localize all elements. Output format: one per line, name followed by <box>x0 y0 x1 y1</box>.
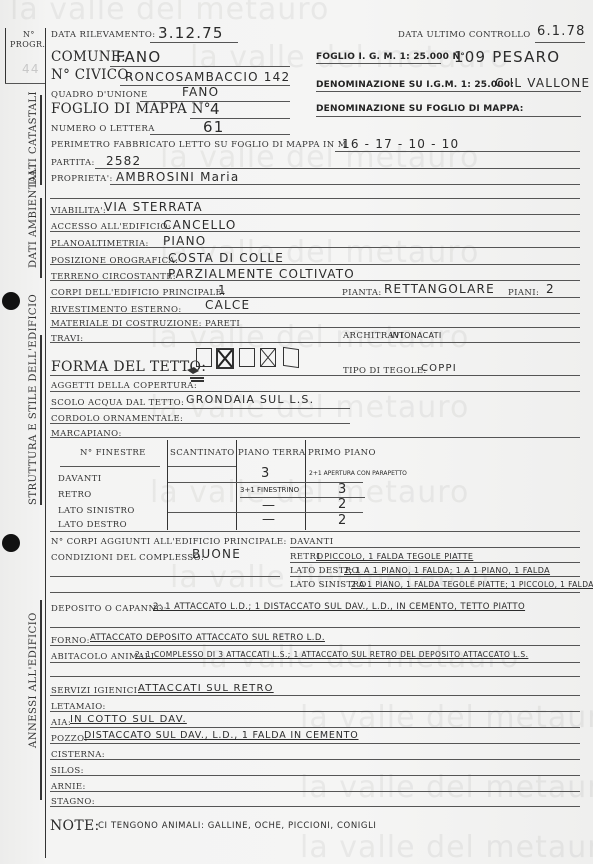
rule <box>50 627 580 628</box>
igm-foglio-value: 109 PESARO <box>454 48 560 66</box>
rule <box>290 547 580 548</box>
aggetti-label: AGGETTI DELLA COPERTURA: <box>51 381 197 391</box>
rule <box>50 437 580 438</box>
roof-shape-icon-pavilion[interactable] <box>239 348 255 367</box>
foglio-value: 4 <box>210 100 221 118</box>
perimetro-label: PERIMETRO FABBRICATO LETTO SU FOGLIO DI … <box>51 140 347 150</box>
igm-denom-value: C.IL VALLONE <box>495 76 590 90</box>
rule <box>50 297 580 298</box>
rule <box>110 66 290 67</box>
progr-box-left <box>5 28 6 84</box>
roof-shape-icon-single-pitch[interactable] <box>283 347 299 368</box>
posizione-value: COSTA DI COLLE <box>168 251 284 265</box>
rivestimento-value: CALCE <box>205 298 250 312</box>
rule <box>50 247 580 248</box>
table-row-label: DAVANTI <box>58 474 102 484</box>
numero-label: NUMERO o LETTERA <box>51 124 155 134</box>
rule <box>50 727 580 728</box>
rule <box>50 775 580 776</box>
section-label-dati-ambientali: DATI AMBIENTALI <box>28 163 39 268</box>
punch-hole <box>2 534 20 552</box>
main-left-rule <box>45 28 46 858</box>
section-label-annessi: ANNESSI ALL'EDIFICIO <box>28 612 39 748</box>
rule <box>50 327 580 328</box>
rule <box>50 662 580 663</box>
section-label-struttura: STRUTTURA E STILE DELL'EDIFICIO <box>28 294 39 505</box>
scolo-label: SCOLO ACQUA DAL TETTO: <box>51 398 184 408</box>
rule <box>50 264 580 265</box>
forma-tetto-label: FORMA DEL TETTO: <box>51 359 206 375</box>
partita-value: 2582 <box>106 154 141 168</box>
abitacolo-value: 2: 1 COMPLESSO DI 3 ATTACCATI L.S.; 1 AT… <box>135 650 528 659</box>
progr-value: 44 <box>22 62 40 76</box>
aia-value: IN COTTO SUL DAV. <box>70 714 187 725</box>
table-cell: — <box>262 512 276 527</box>
table-rule <box>60 466 160 467</box>
table-row-label: LATO DESTRO <box>58 520 127 530</box>
civico-label: N° CIVICO: <box>51 67 134 83</box>
scolo-value: GRONDAIA SUL L.S. <box>186 393 314 406</box>
corpi-lato-sinistro-value: 2 A 1 PIANO, 1 FALDA TEGOLE PIATTE; 1 PI… <box>351 580 593 589</box>
accesso-value: CANCELLO <box>163 218 237 232</box>
table-cell: 3+1 FINESTRINO <box>240 486 299 494</box>
progr-box-bottom <box>5 83 45 84</box>
comune-value: FANO <box>116 48 161 66</box>
rule <box>50 198 580 199</box>
survey-form-page: la valle del metauro la valle del metaur… <box>0 0 593 864</box>
rule <box>50 695 580 696</box>
table-rule <box>168 482 363 483</box>
piani-value: 2 <box>546 282 555 296</box>
tipo-tegole-value: COPPI <box>421 363 457 374</box>
igm-foglio-label: FOGLIO I. G. M. 1: 25.000 N° <box>316 52 465 62</box>
rule <box>50 391 580 392</box>
proprieta-label: PROPRIETA': <box>51 174 113 184</box>
table-cell: 3 <box>338 482 347 497</box>
table-row-label: RETRO <box>58 490 92 500</box>
rule <box>290 576 580 577</box>
architravi-value: INTONACATI <box>390 331 442 340</box>
cross-mark-icon <box>261 349 275 366</box>
rule <box>290 562 580 563</box>
rule <box>50 645 580 646</box>
foglio-label: FOGLIO DI MAPPA N° <box>51 101 211 117</box>
rule <box>50 576 280 577</box>
deposito-label: DEPOSITO o CAPANNO: <box>51 604 167 614</box>
rule <box>50 592 580 593</box>
deposito-value: 2: 1 ATTACCATO L.D.; 1 DISTACCATO SUL DA… <box>153 602 525 612</box>
table-cell: — <box>262 498 276 513</box>
rule <box>50 791 580 792</box>
rule <box>50 214 580 215</box>
roof-shape-icon-hip-selected[interactable] <box>216 348 234 369</box>
rule <box>50 342 580 343</box>
table-header: N° FINESTRE <box>80 448 146 458</box>
rule <box>50 676 580 677</box>
data-rilevamento-label: DATA RILEVAMENTO: <box>51 30 156 40</box>
punch-hole <box>2 292 20 310</box>
section-bracket <box>40 198 42 278</box>
data-ultimo-controllo-label: DATA ULTIMO CONTROLLO <box>398 30 531 40</box>
progr-label: PROGR. <box>10 40 45 49</box>
condizioni-label: CONDIZIONI DEL COMPLESSO: <box>51 553 204 563</box>
proprieta-value: AMBROSINI Maria <box>116 170 239 184</box>
table-cell: 2+1 APERTURA CON PARAPETTO <box>309 470 407 477</box>
viabilita-value: VIA STERRATA <box>104 200 203 214</box>
table-row-label: LATO SINISTRO <box>58 506 135 516</box>
rule <box>335 151 580 152</box>
section-bracket <box>40 600 42 800</box>
table-rule <box>168 466 236 467</box>
rule <box>535 42 585 43</box>
table-header: PIANO TERRA <box>238 448 306 458</box>
rule <box>95 168 580 169</box>
corpi-aggiunti-label: N° CORPI AGGIUNTI ALL'EDIFICIO PRINCIPAL… <box>51 537 287 547</box>
table-header: PRIMO PIANO <box>308 448 376 458</box>
plano-value: PIANO <box>163 234 206 248</box>
rule <box>110 184 580 185</box>
rule <box>50 313 580 314</box>
mappa-denom-label: DENOMINAZIONE SU FOGLIO DI MAPPA: <box>316 104 524 114</box>
pozzo-value: DISTACCATO SUL DAV., L.D., 1 FALDA IN CE… <box>84 730 359 741</box>
rule <box>150 42 238 43</box>
section-bracket <box>40 95 42 185</box>
quadro-label: QUADRO D'UNIONE <box>51 90 148 100</box>
rule <box>50 743 580 744</box>
corpi-davanti-label: DAVANTI <box>290 537 334 547</box>
terreno-value: PARZIALMENTE COLTIVATO <box>168 267 355 281</box>
rule <box>50 280 580 281</box>
corpi-lato-destro-value: 2; 1 A 1 PIANO, 1 FALDA; 1 A 1 PIANO, 1 … <box>344 566 550 575</box>
data-rilevamento-value: 3.12.75 <box>158 24 224 42</box>
roof-shape-icon-two-pitch[interactable] <box>196 348 212 367</box>
rule <box>50 759 580 760</box>
watermark: la valle del metauro <box>150 475 469 510</box>
forno-value: ATTACCATO DEPOSITO ATTACCATO SUL RETRO L… <box>90 633 325 643</box>
partita-label: PARTITA: <box>51 158 95 168</box>
table-rule <box>236 440 237 530</box>
table-cell: 2 <box>338 513 347 528</box>
rule <box>50 711 580 712</box>
watermark: la valle del metauro <box>10 0 329 27</box>
cross-mark-icon <box>218 350 232 367</box>
condizioni-value: BUONE <box>192 547 241 561</box>
section-bracket <box>40 335 42 505</box>
civico-value: RONCOSAMBACCIO 142 <box>125 70 290 84</box>
quadro-value: FANO <box>182 85 219 99</box>
corpi-value: 1 <box>218 283 227 297</box>
rule <box>316 91 581 92</box>
rule <box>150 134 290 135</box>
note-label: NOTE: <box>50 818 100 834</box>
data-ultimo-controllo-value: 6.1.78 <box>537 24 586 39</box>
igm-denom-label: DENOMINAZIONE SU I.G.M. 1: 25.000: <box>316 80 514 90</box>
table-cell: 3 <box>261 466 270 481</box>
comune-label: COMUNE: <box>51 49 126 65</box>
pianta-value: RETTANGOLARE <box>384 282 495 296</box>
watermark: la valle del metauro <box>300 830 593 864</box>
table-header: SCANTINATO <box>170 448 235 458</box>
roof-shape-icon-cross[interactable] <box>260 348 276 367</box>
rule <box>316 63 441 64</box>
rule <box>50 423 350 424</box>
note-value: CI TENGONO ANIMALI: GALLINE, OCHE, PICCI… <box>98 821 377 831</box>
servizi-value: ATTACCATI SUL RETRO <box>138 683 274 694</box>
perimetro-value: 16 - 17 - 10 - 10 <box>342 137 459 151</box>
corpi-retro-value: 1 PICCOLO, 1 FALDA TEGOLE PIATTE <box>316 552 473 561</box>
rule <box>50 408 350 409</box>
rule <box>316 116 581 117</box>
table-cell: 2 <box>338 497 347 512</box>
rule <box>50 806 580 807</box>
progr-label: N° <box>23 30 35 39</box>
rule <box>50 231 580 232</box>
rule <box>50 375 580 376</box>
rule <box>50 531 580 532</box>
table-rule <box>167 440 168 530</box>
